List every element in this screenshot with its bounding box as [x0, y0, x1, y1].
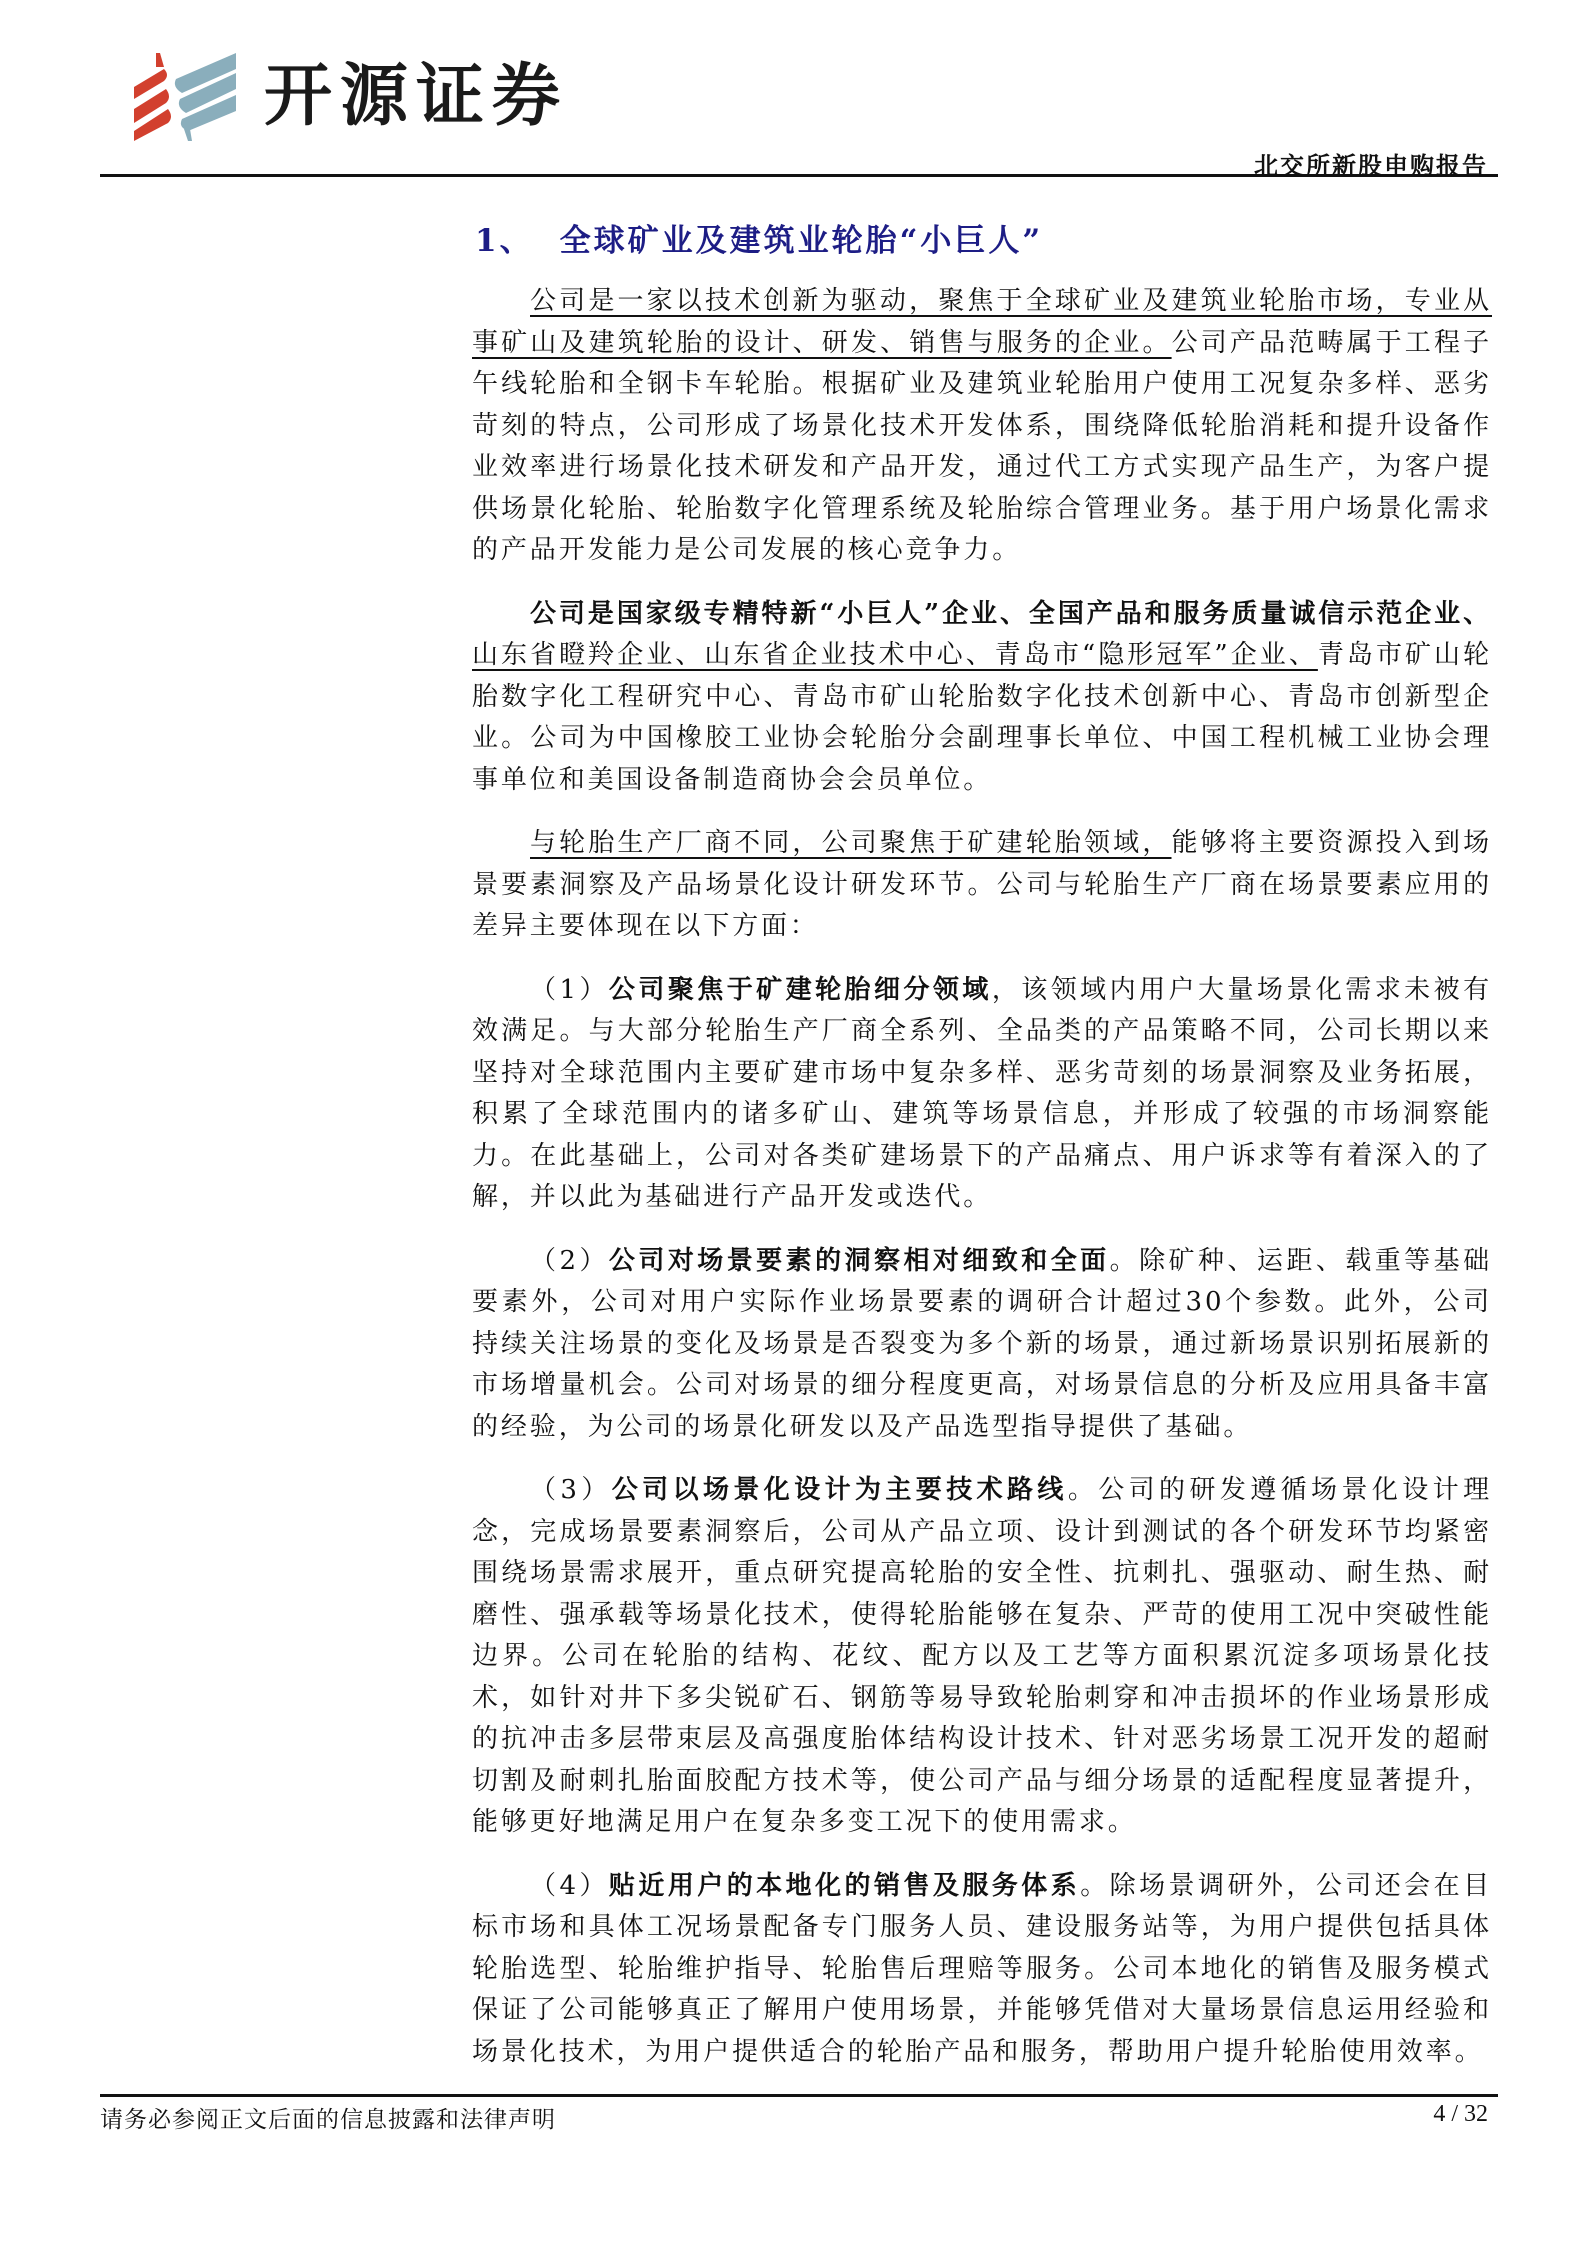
text-segment: 公司产品范畴属于工程子午线轮胎和全钢卡车轮胎。根据矿业及建筑业轮胎用户使用工况复…: [472, 328, 1492, 566]
bold-text: 公司以场景化设计为主要技术路线: [612, 1475, 1068, 1505]
bold-text: 公司对场景要素的洞察相对细致和全面: [609, 1246, 1110, 1276]
text-segment: （3）: [530, 1475, 612, 1505]
body-paragraph: 公司是一家以技术创新为驱动，聚焦于全球矿业及建筑业轮胎市场，专业从事矿山及建筑轮…: [472, 281, 1492, 572]
underlined-text: 山东省瞪羚企业、山东省企业技术中心、青岛市“隐形冠军”企业、: [472, 640, 1318, 670]
bold-text: 公司是国家级专精特新“小巨人”企业、全国产品和服务质量诚信示范企业、: [530, 599, 1492, 629]
text-segment: （4）: [530, 1871, 609, 1901]
text-segment: ，该领域内用户大量场景化需求未被有效满足。与大部分轮胎生产厂商全系列、全品类的产…: [472, 975, 1492, 1213]
body-paragraph: （3）公司以场景化设计为主要技术路线。公司的研发遵循场景化设计理念，完成场景要素…: [472, 1470, 1492, 1844]
logo-mark-icon: [134, 53, 238, 141]
body-content: 公司是一家以技术创新为驱动，聚焦于全球矿业及建筑业轮胎市场，专业从事矿山及建筑轮…: [472, 281, 1492, 2095]
bold-text: 贴近用户的本地化的销售及服务体系: [609, 1871, 1080, 1901]
body-paragraph: 与轮胎生产厂商不同，公司聚焦于矿建轮胎领域，能够将主要资源投入到场景要素洞察及产…: [472, 823, 1492, 948]
header-divider: [100, 174, 1498, 177]
section-title-text: 全球矿业及建筑业轮胎“小巨人”: [560, 223, 1044, 259]
logo-text: 开源证券: [264, 63, 568, 131]
body-paragraph: （1）公司聚焦于矿建轮胎细分领域，该领域内用户大量场景化需求未被有效满足。与大部…: [472, 970, 1492, 1219]
text-segment: （1）: [530, 975, 609, 1005]
footer-disclaimer: 请务必参阅正文后面的信息披露和法律声明: [100, 2101, 556, 2134]
body-paragraph: 公司是国家级专精特新“小巨人”企业、全国产品和服务质量诚信示范企业、山东省瞪羚企…: [472, 594, 1492, 802]
company-logo: 开源证券: [134, 52, 568, 142]
underlined-text: 与轮胎生产厂商不同，公司聚焦于矿建轮胎领域，: [530, 828, 1172, 858]
body-paragraph: （4）贴近用户的本地化的销售及服务体系。除场景调研外，公司还会在目标市场和具体工…: [472, 1866, 1492, 2074]
text-segment: （2）: [530, 1246, 609, 1276]
section-number: 1、: [475, 223, 534, 259]
bold-text: 公司聚焦于矿建轮胎细分领域: [609, 975, 992, 1005]
body-paragraph: （2）公司对场景要素的洞察相对细致和全面。除矿种、运距、载重等基础要素外，公司对…: [472, 1241, 1492, 1449]
page-number: 4 / 32: [1433, 2101, 1488, 2128]
section-title: 1、全球矿业及建筑业轮胎“小巨人”: [475, 215, 1043, 260]
text-segment: 。公司的研发遵循场景化设计理念，完成场景要素洞察后，公司从产品立项、设计到测试的…: [472, 1475, 1492, 1837]
footer-divider: [100, 2094, 1498, 2097]
